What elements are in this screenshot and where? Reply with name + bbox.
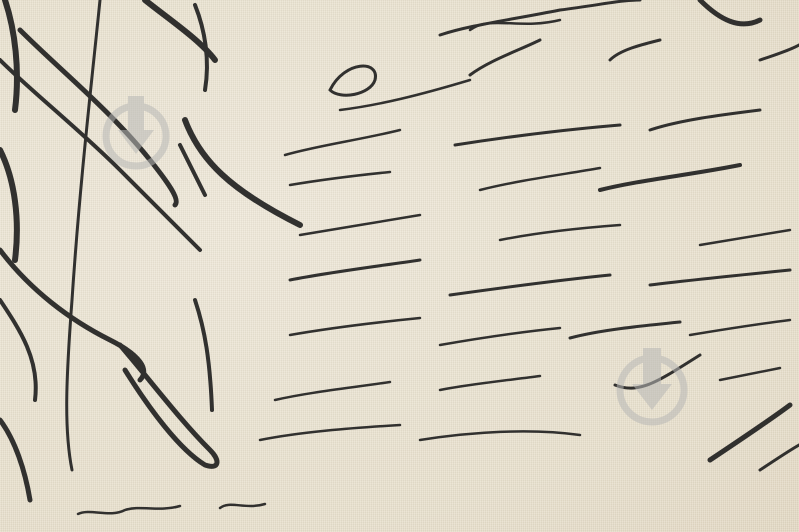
fabric-photo bbox=[0, 0, 799, 532]
handwriting-print bbox=[0, 0, 799, 532]
watermark-logo-top-left bbox=[98, 92, 174, 172]
watermark-logo-bottom-right bbox=[612, 344, 692, 428]
